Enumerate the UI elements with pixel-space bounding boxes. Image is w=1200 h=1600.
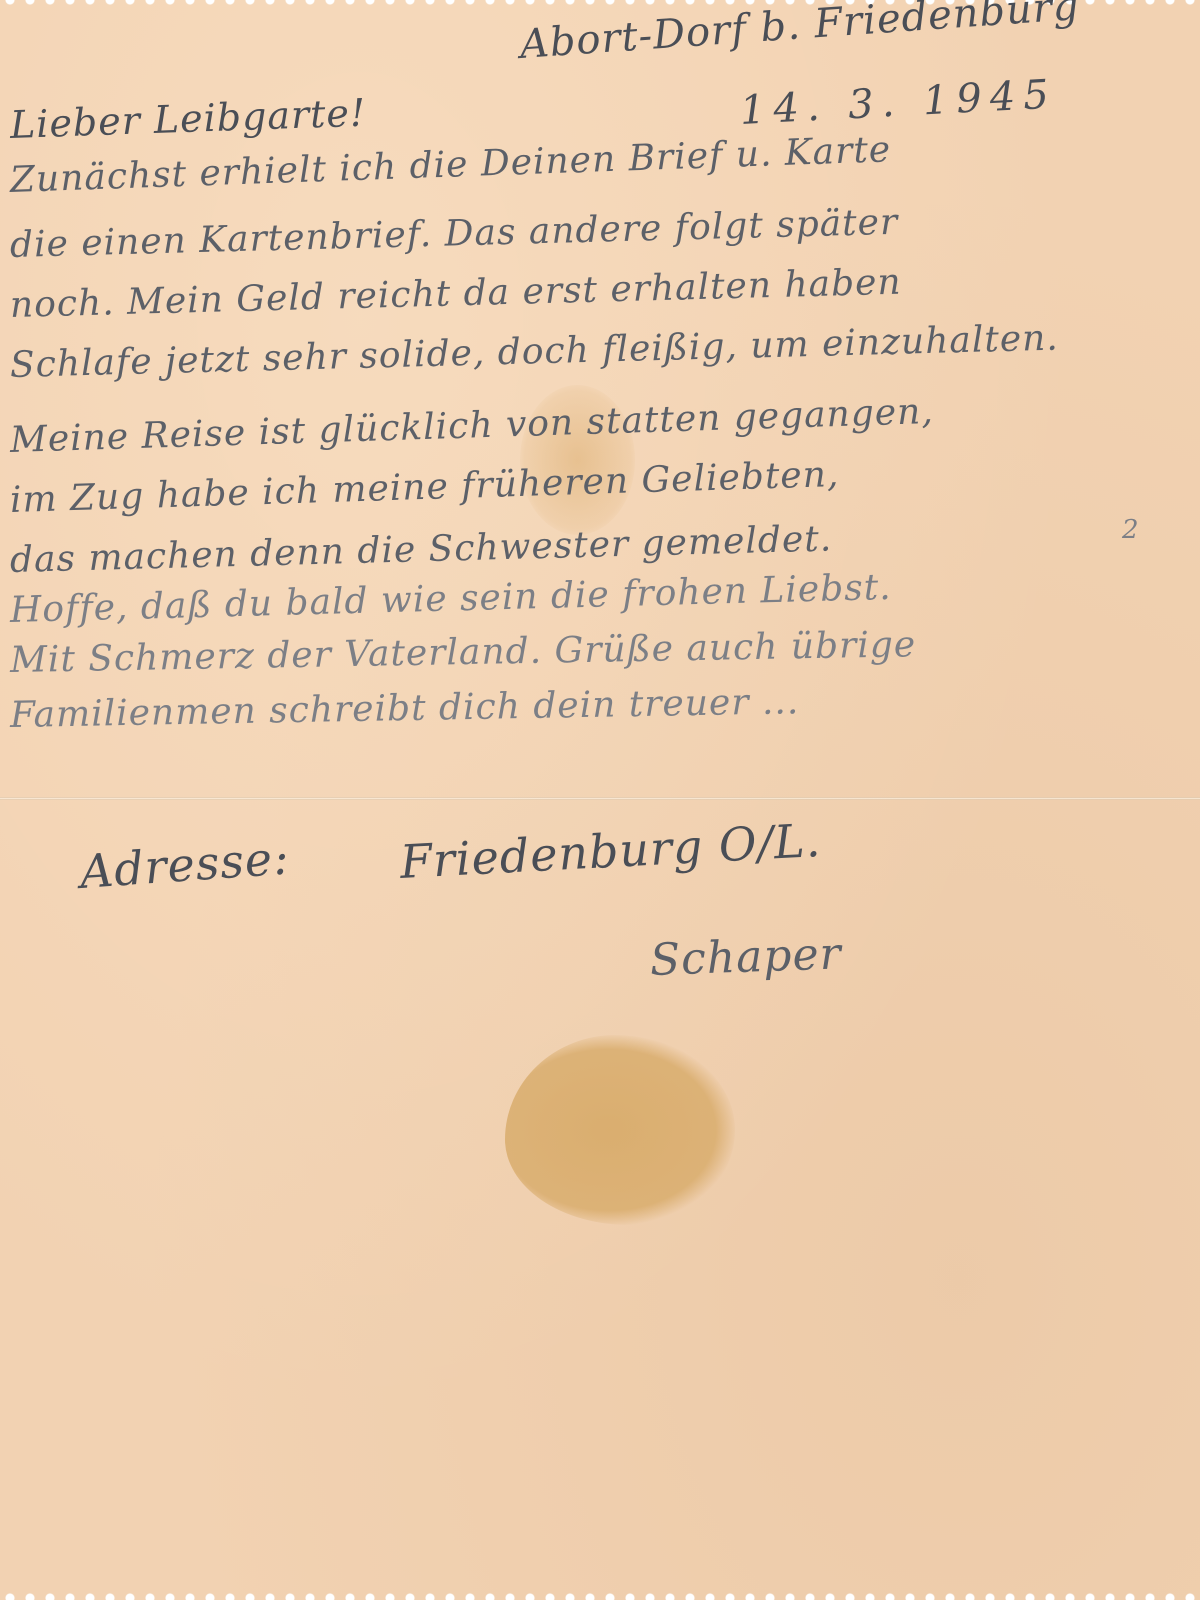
body-line: im Zug habe ich meine früheren Geliebten…: [9, 454, 839, 521]
salutation: Lieber Leibgarte!: [9, 91, 367, 147]
body-line: Schlafe jetzt sehr solide, doch fleißig,…: [9, 318, 1059, 386]
address-label: Adresse:: [78, 830, 291, 899]
header-place: Abort-Dorf b. Friedenburg: [518, 0, 1080, 68]
body-line: Meine Reise ist glücklich von statten ge…: [9, 391, 934, 461]
perforated-bottom-edge: [0, 1593, 1200, 1600]
header-date: 14. 3. 1945: [739, 71, 1058, 134]
stain-lower: [505, 1035, 735, 1225]
body-line: die einen Kartenbrief. Das andere folgt …: [9, 202, 898, 266]
body-line: Mit Schmerz der Vaterland. Grüße auch üb…: [10, 624, 917, 681]
address-value: Friedenburg O/L.: [399, 813, 823, 889]
body-line: Familienmen schreibt dich dein treuer ..…: [10, 681, 800, 736]
letter-paper: Abort-Dorf b. Friedenburg 14. 3. 1945 Li…: [0, 0, 1200, 1600]
page-number-mark: 2: [1122, 515, 1140, 545]
signature: Schaper: [649, 928, 842, 986]
body-line: noch. Mein Geld reicht da erst erhalten …: [9, 262, 902, 326]
fold-line: [0, 797, 1200, 800]
